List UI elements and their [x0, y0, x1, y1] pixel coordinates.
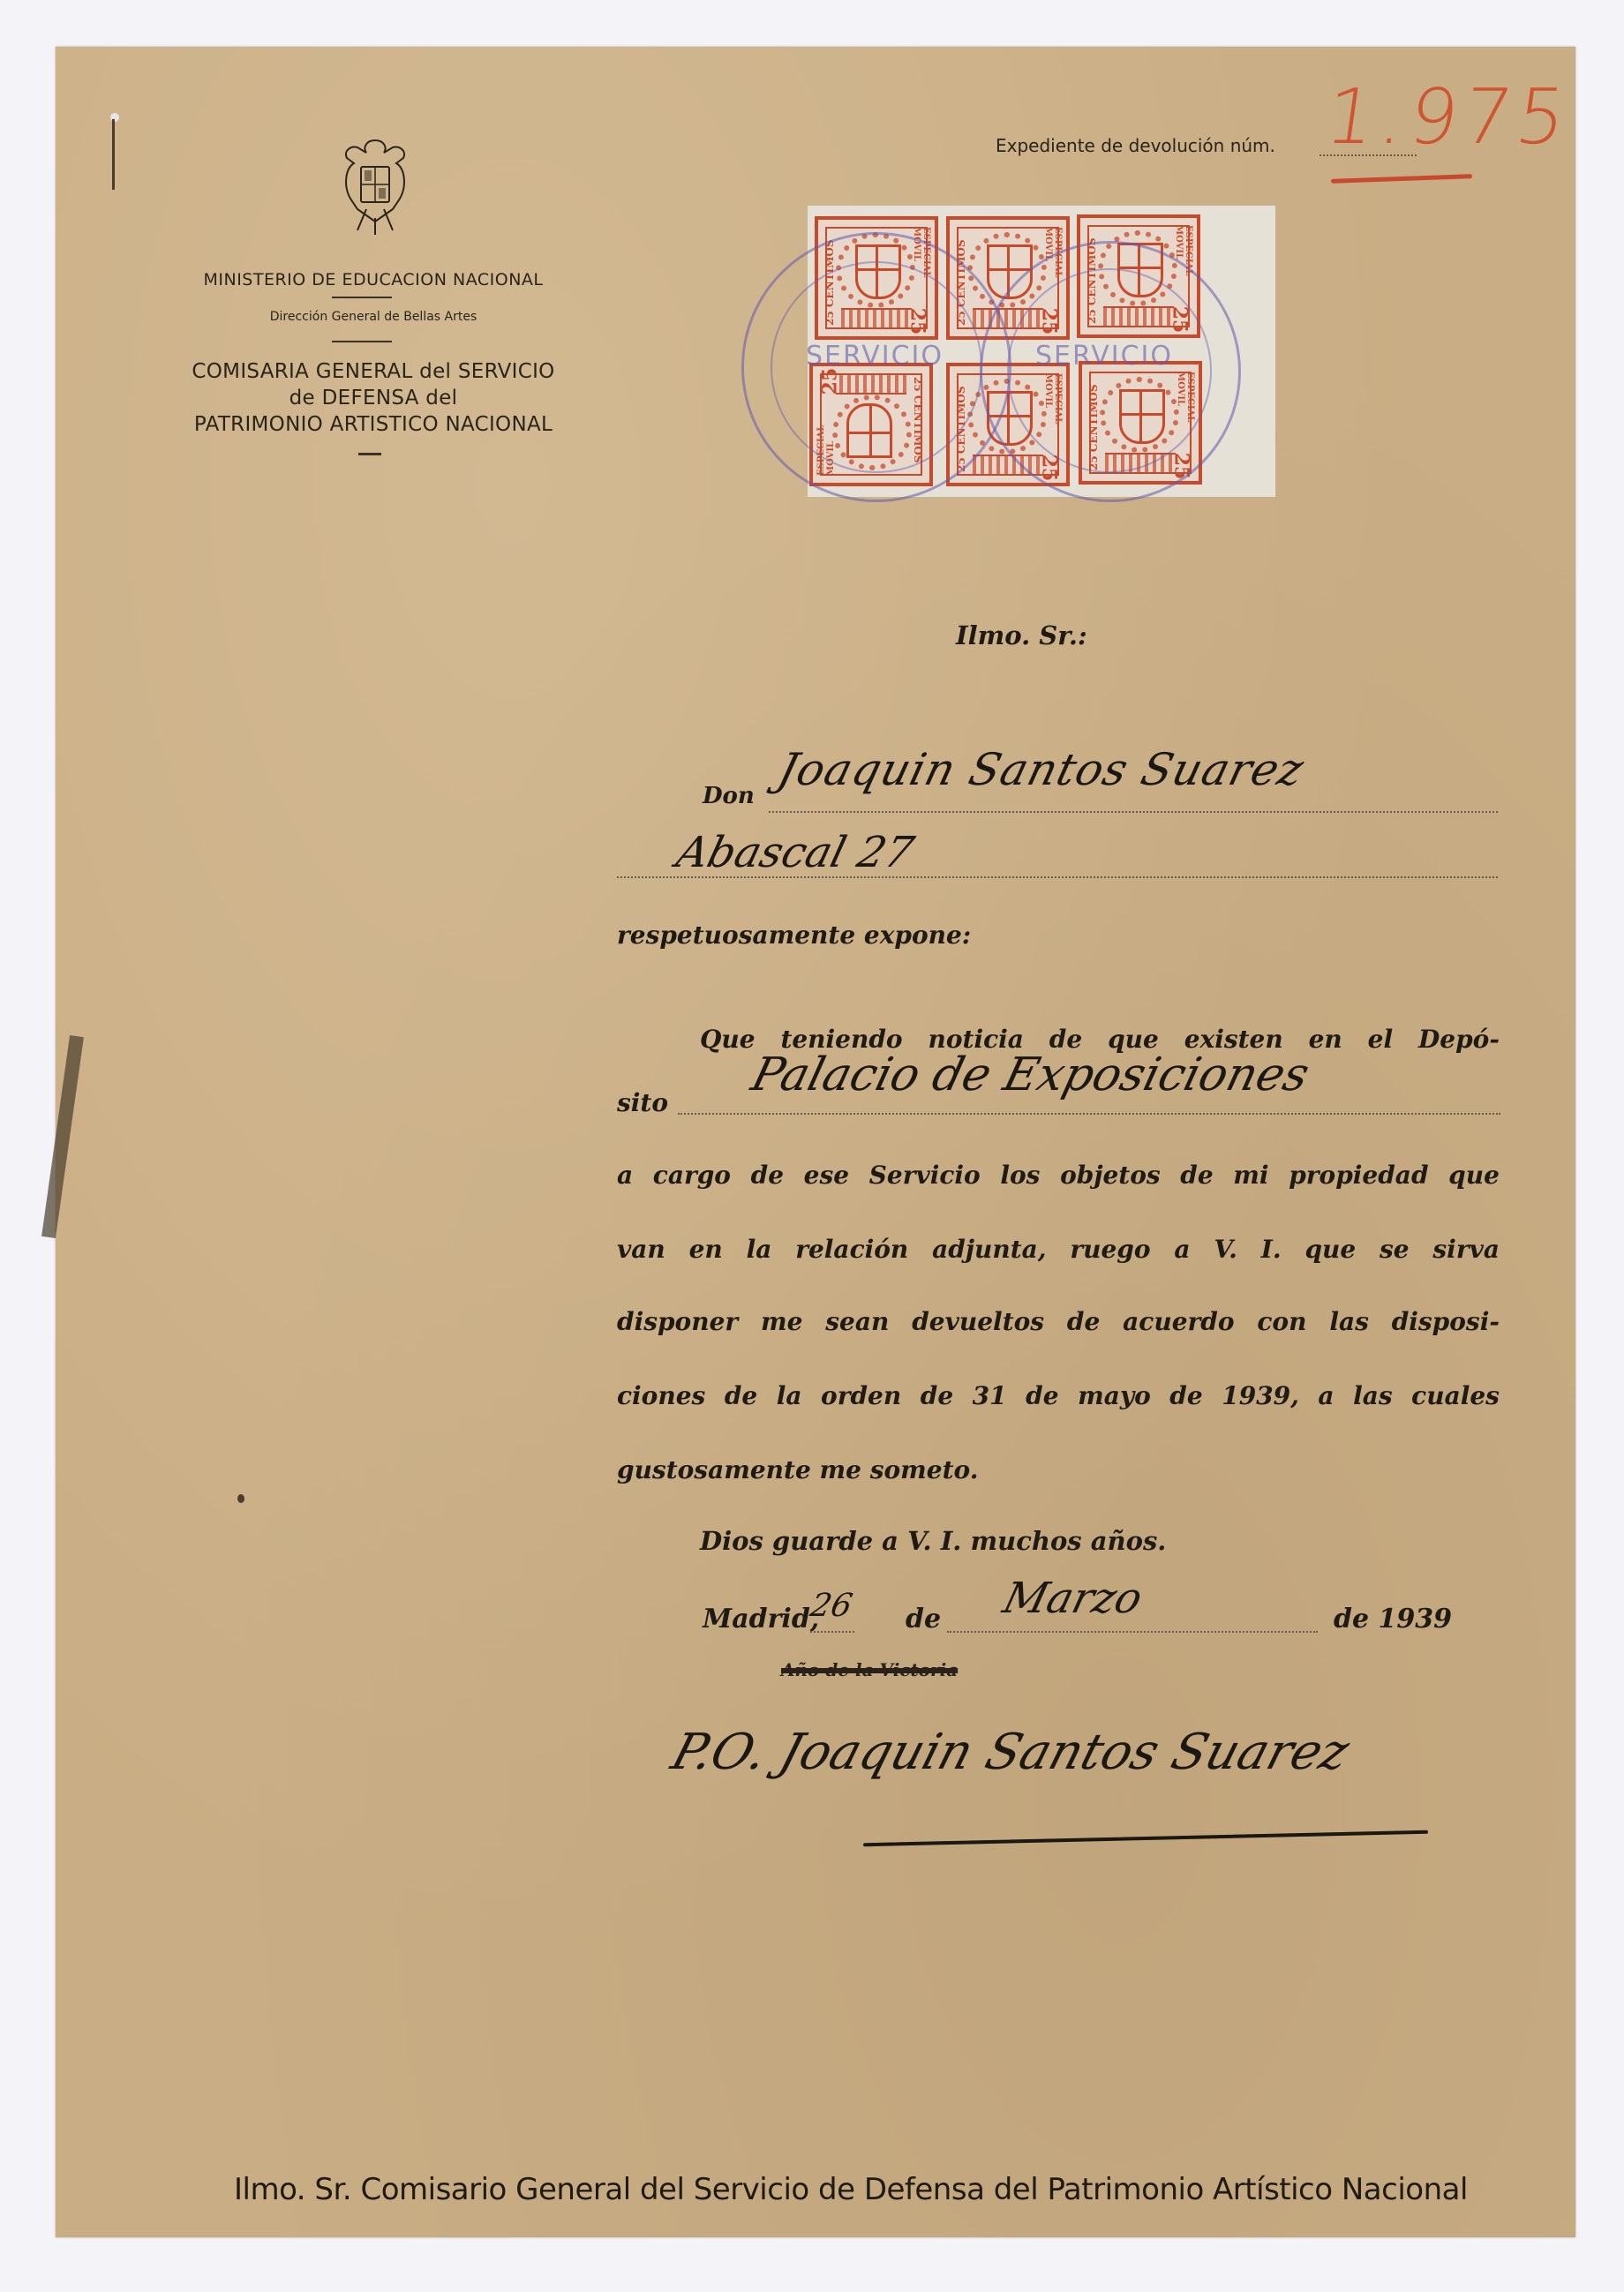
letterhead-comisaria-line1: COMISARIA GENERAL del SERVICIO — [162, 358, 585, 385]
date-day-handwritten: 26 — [808, 1588, 856, 1624]
word: los — [1000, 1161, 1040, 1190]
cancellation-postmark: SERVICIO — [980, 241, 1241, 502]
deposito-handwritten: Palacio de Exposiciones — [747, 1048, 1315, 1101]
word: sean — [825, 1307, 889, 1336]
deposito-field-line — [678, 1113, 1500, 1115]
sito-label: sito — [617, 1088, 668, 1117]
word: de — [921, 1381, 953, 1410]
margin-ink-mark — [112, 119, 115, 190]
date-month-handwritten: Marzo — [998, 1574, 1147, 1623]
paragraph-line-5: ciones de la orden de 31 de mayo de 1939… — [617, 1381, 1500, 1410]
word: de — [1026, 1381, 1058, 1410]
word: que — [1448, 1161, 1500, 1190]
word: las — [1353, 1381, 1393, 1410]
expediente-label: Expediente de devolución núm. — [996, 135, 1275, 156]
paragraph-line-3: van en la relación adjunta, ruego a V. I… — [617, 1235, 1500, 1264]
letterhead-divider — [358, 453, 381, 455]
closing-formula: Dios guarde a V. I. muchos años. — [700, 1526, 1166, 1556]
word: mayo — [1078, 1381, 1151, 1410]
word: en — [689, 1235, 723, 1264]
date-year: de 1939 — [1334, 1604, 1452, 1634]
word: disponer — [617, 1307, 738, 1336]
word: de — [1180, 1161, 1213, 1190]
letterhead-comisaria: COMISARIA GENERAL del SERVICIO de DEFENS… — [162, 358, 585, 438]
word: Que — [700, 1025, 756, 1054]
word: cargo — [653, 1161, 731, 1190]
word: las — [1329, 1307, 1369, 1336]
word: a — [1318, 1381, 1334, 1410]
date-city: Madrid, — [703, 1604, 819, 1634]
expone-text: respetuosamente expone: — [617, 921, 971, 950]
signature-handwritten: P.O. Joaquin Santos Suarez — [665, 1724, 1356, 1781]
word: se — [1380, 1235, 1410, 1264]
word: que — [1304, 1235, 1356, 1264]
document-page: MINISTERIO DE EDUCACION NACIONAL Direcci… — [56, 47, 1575, 2237]
expediente-number: 1.975 — [1320, 73, 1576, 162]
word: a — [1174, 1235, 1190, 1264]
paragraph-line-2: a cargo de ese Servicio los objetos de m… — [617, 1161, 1500, 1190]
month-field-line — [947, 1631, 1318, 1633]
word: V. — [1214, 1235, 1237, 1264]
word: de — [725, 1381, 757, 1410]
petitioner-name-handwritten: Joaquin Santos Suarez — [773, 744, 1310, 795]
word: 1939, — [1222, 1381, 1299, 1410]
word: Depó- — [1418, 1025, 1500, 1054]
paragraph-line-6: gustosamente me someto. — [617, 1455, 1500, 1484]
letterhead-direccion: Dirección General de Bellas Artes — [162, 310, 585, 324]
word: la — [747, 1235, 772, 1264]
word: devueltos — [912, 1307, 1044, 1336]
word: el — [1368, 1025, 1393, 1054]
word: la — [777, 1381, 802, 1410]
letterhead-comisaria-line3: PATRIMONIO ARTISTICO NACIONAL — [162, 411, 585, 438]
petitioner-address-handwritten: Abascal 27 — [672, 828, 919, 877]
word: 31 — [973, 1381, 1007, 1410]
word: cuales — [1411, 1381, 1500, 1410]
date-de-label: de — [906, 1604, 941, 1634]
word: con — [1257, 1307, 1306, 1336]
letterhead-divider — [332, 297, 392, 298]
word: ciones — [617, 1381, 705, 1410]
word: sirva — [1432, 1235, 1500, 1264]
word: adjunta, — [932, 1235, 1046, 1264]
expediente-underline — [1331, 174, 1472, 184]
word: relación — [795, 1235, 908, 1264]
word: de — [751, 1161, 784, 1190]
cancellation-text: SERVICIO — [806, 341, 944, 372]
word: de — [1067, 1307, 1100, 1336]
cancellation-text: SERVICIO — [1035, 341, 1173, 372]
cancellation-postmark: SERVICIO — [741, 232, 1011, 502]
revenue-stamps: 25 CENTIMOS ESPECIAL MOVIL 25 25 CENTIMO… — [750, 206, 1280, 497]
struck-out-text: Año de la Victoria — [781, 1659, 958, 1680]
footer-addressee: Ilmo. Sr. Comisario General del Servicio… — [234, 2172, 1468, 2207]
word: ese — [804, 1161, 849, 1190]
word: Servicio — [869, 1161, 981, 1190]
word: ruego — [1070, 1235, 1150, 1264]
don-label: Don — [703, 783, 755, 809]
signature-underline — [863, 1830, 1428, 1847]
word: objetos — [1060, 1161, 1161, 1190]
word: disposi- — [1392, 1307, 1500, 1336]
word: a — [617, 1161, 633, 1190]
word: propiedad — [1289, 1161, 1428, 1190]
letterhead-comisaria-line2: de DEFENSA del — [162, 385, 585, 411]
salutation: Ilmo. Sr.: — [956, 620, 1087, 650]
margin-ink-mark — [41, 1035, 84, 1238]
coat-of-arms-icon — [331, 133, 419, 239]
day-field-line — [810, 1631, 854, 1633]
word: van — [617, 1235, 665, 1264]
letterhead-ministry: MINISTERIO DE EDUCACION NACIONAL — [162, 270, 585, 289]
word: orden — [821, 1381, 901, 1410]
letterhead-divider — [332, 341, 392, 342]
name-field-line — [769, 811, 1498, 813]
word: acuerdo — [1123, 1307, 1234, 1336]
word: I. — [1261, 1235, 1282, 1264]
word: me — [761, 1307, 802, 1336]
ink-dot — [237, 1494, 244, 1503]
word: mi — [1233, 1161, 1268, 1190]
paragraph-line-4: disponer me sean devueltos de acuerdo co… — [617, 1307, 1500, 1336]
word: de — [1169, 1381, 1202, 1410]
